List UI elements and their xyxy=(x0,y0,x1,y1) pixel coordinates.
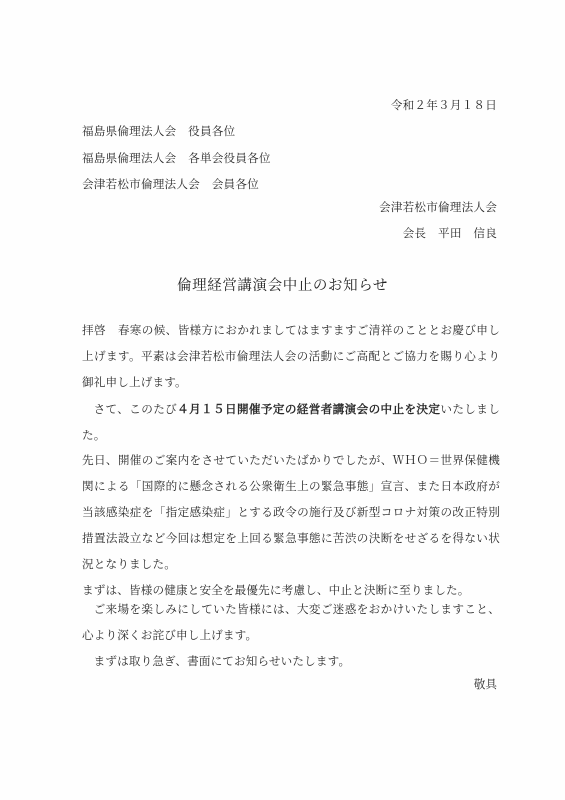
sender-signatory: 会長 平田 信良 xyxy=(403,226,497,240)
recipient-line: 福島県倫理法人会 役員各位 xyxy=(82,124,235,138)
recipient-line: 福島県倫理法人会 各単会役員各位 xyxy=(82,151,271,165)
announcement-paragraph: さて、このたび４月１５日開催予定の経営者講演会の中止を決定いたしました。 xyxy=(82,396,500,448)
document-date: 令和２年３月１８日 xyxy=(391,98,497,112)
announcement-text: さて、このたび４月１５日開催予定の経営者講演会の中止を決定いたしました。 xyxy=(82,396,500,448)
greeting-paragraph: 拝啓 春寒の候、皆様方におかれましてはますますご清祥のこととお慶び申し上げます。… xyxy=(82,317,500,395)
document-title: 倫理経営講演会中止のお知らせ xyxy=(0,274,565,295)
reason-paragraph: 先日、開催のご案内をさせていただいたばかりでしたが、ＷＨＯ＝世界保健機関による「… xyxy=(82,447,500,603)
greeting-text: 拝啓 春寒の候、皆様方におかれましてはますますご清祥のこととお慶び申し上げます。… xyxy=(82,317,500,395)
notice-text: まずは取り急ぎ、書面にてお知らせいたします。 xyxy=(82,648,500,674)
sender-organization: 会津若松市倫理法人会 xyxy=(379,200,497,214)
reason-text: 先日、開催のご案内をさせていただいたばかりでしたが、ＷＨＯ＝世界保健機関による「… xyxy=(82,447,500,577)
apology-text: ご来場を楽しみにしていた皆様には、大変ご迷惑をおかけいたしますこと、心より深くお… xyxy=(82,596,500,648)
announcement-prefix: さて、このたび xyxy=(94,402,178,416)
recipient-line: 会津若松市倫理法人会 会員各位 xyxy=(82,177,259,191)
announcement-emphasis: ４月１５日開催予定の経営者講演会の中止を決定 xyxy=(177,402,440,416)
closing-remark: 敬具 xyxy=(474,676,497,692)
document-page: 令和２年３月１８日 福島県倫理法人会 役員各位 福島県倫理法人会 各単会役員各位… xyxy=(0,0,565,800)
apology-paragraph: ご来場を楽しみにしていた皆様には、大変ご迷惑をおかけいたしますこと、心より深くお… xyxy=(82,596,500,674)
